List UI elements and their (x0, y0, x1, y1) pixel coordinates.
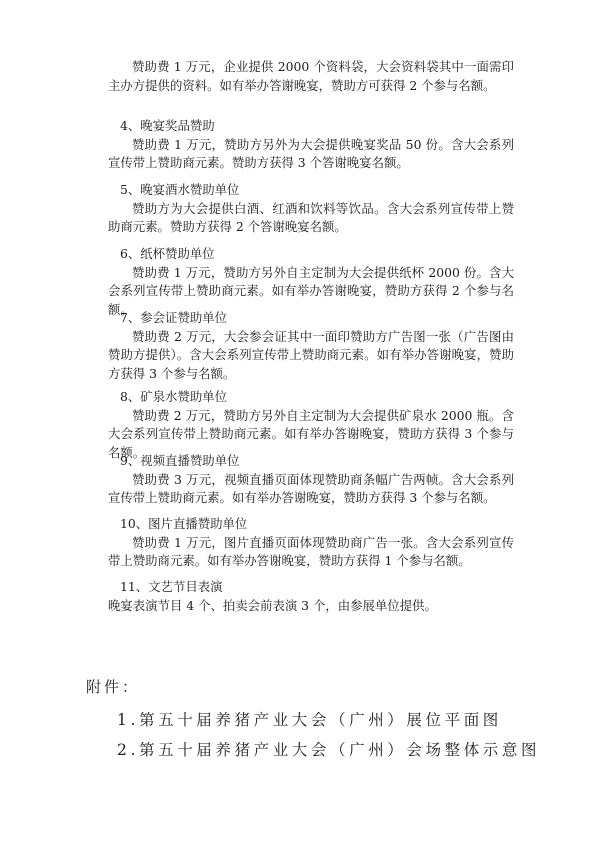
section-heading: 8、矿泉水赞助单位 (108, 388, 514, 407)
attachment-item-1: 1.第五十届养猪产业大会（广州）展位平面图 (117, 708, 502, 730)
section-heading: 5、晚宴酒水赞助单位 (108, 181, 514, 200)
section-heading: 7、参会证赞助单位 (108, 309, 514, 328)
section-body: 赞助费 3 万元，视频直播页面体现赞助商条幅广告两帧。含大会系列宣传带上赞助商元… (108, 471, 514, 508)
attachment-item-2: 2.第五十届养猪产业大会（广州）会场整体示意图 (117, 738, 540, 760)
section-body: 赞助费 1 万元，赞助方另外为大会提供晚宴奖品 50 份。含大会系列宣传带上赞助… (108, 136, 514, 173)
attachments-label: 附件： (86, 676, 140, 697)
section-5: 5、晚宴酒水赞助单位 赞助方为大会提供白酒、红酒和饮料等饮品。含大会系列宣传带上… (108, 181, 514, 237)
section-body: 赞助费 2 万元，大会参会证其中一面印赞助方广告图一张（广告图由赞助方提供）。含… (108, 328, 514, 384)
intro-section: 赞助费 1 万元，企业提供 2000 个资料袋，大会资料袋其中一面需印主办方提供… (108, 58, 514, 95)
section-body: 赞助费 1 万元，图片直播页面体现赞助商广告一张。含大会系列宣传带上赞助商元素。… (108, 534, 514, 571)
document-page: 赞助费 1 万元，企业提供 2000 个资料袋，大会资料袋其中一面需印主办方提供… (0, 0, 600, 848)
section-heading: 4、晚宴奖品赞助 (108, 117, 514, 136)
section-heading: 11、文艺节目表演 (108, 578, 514, 597)
section-7: 7、参会证赞助单位 赞助费 2 万元，大会参会证其中一面印赞助方广告图一张（广告… (108, 309, 514, 383)
section-10: 10、图片直播赞助单位 赞助费 1 万元，图片直播页面体现赞助商广告一张。含大会… (108, 515, 514, 571)
section-heading: 10、图片直播赞助单位 (108, 515, 514, 534)
section-body: 晚宴表演节目 4 个、拍卖会前表演 3 个，由参展单位提供。 (108, 597, 514, 616)
section-11: 11、文艺节目表演 晚宴表演节目 4 个、拍卖会前表演 3 个，由参展单位提供。 (108, 578, 514, 615)
intro-paragraph: 赞助费 1 万元，企业提供 2000 个资料袋，大会资料袋其中一面需印主办方提供… (108, 58, 514, 95)
section-9: 9、视频直播赞助单位 赞助费 3 万元，视频直播页面体现赞助商条幅广告两帧。含大… (108, 452, 514, 508)
section-4: 4、晚宴奖品赞助 赞助费 1 万元，赞助方另外为大会提供晚宴奖品 50 份。含大… (108, 117, 514, 173)
section-body: 赞助方为大会提供白酒、红酒和饮料等饮品。含大会系列宣传带上赞助商元素。赞助方获得… (108, 200, 514, 237)
section-heading: 9、视频直播赞助单位 (108, 452, 514, 471)
section-heading: 6、纸杯赞助单位 (108, 245, 514, 264)
